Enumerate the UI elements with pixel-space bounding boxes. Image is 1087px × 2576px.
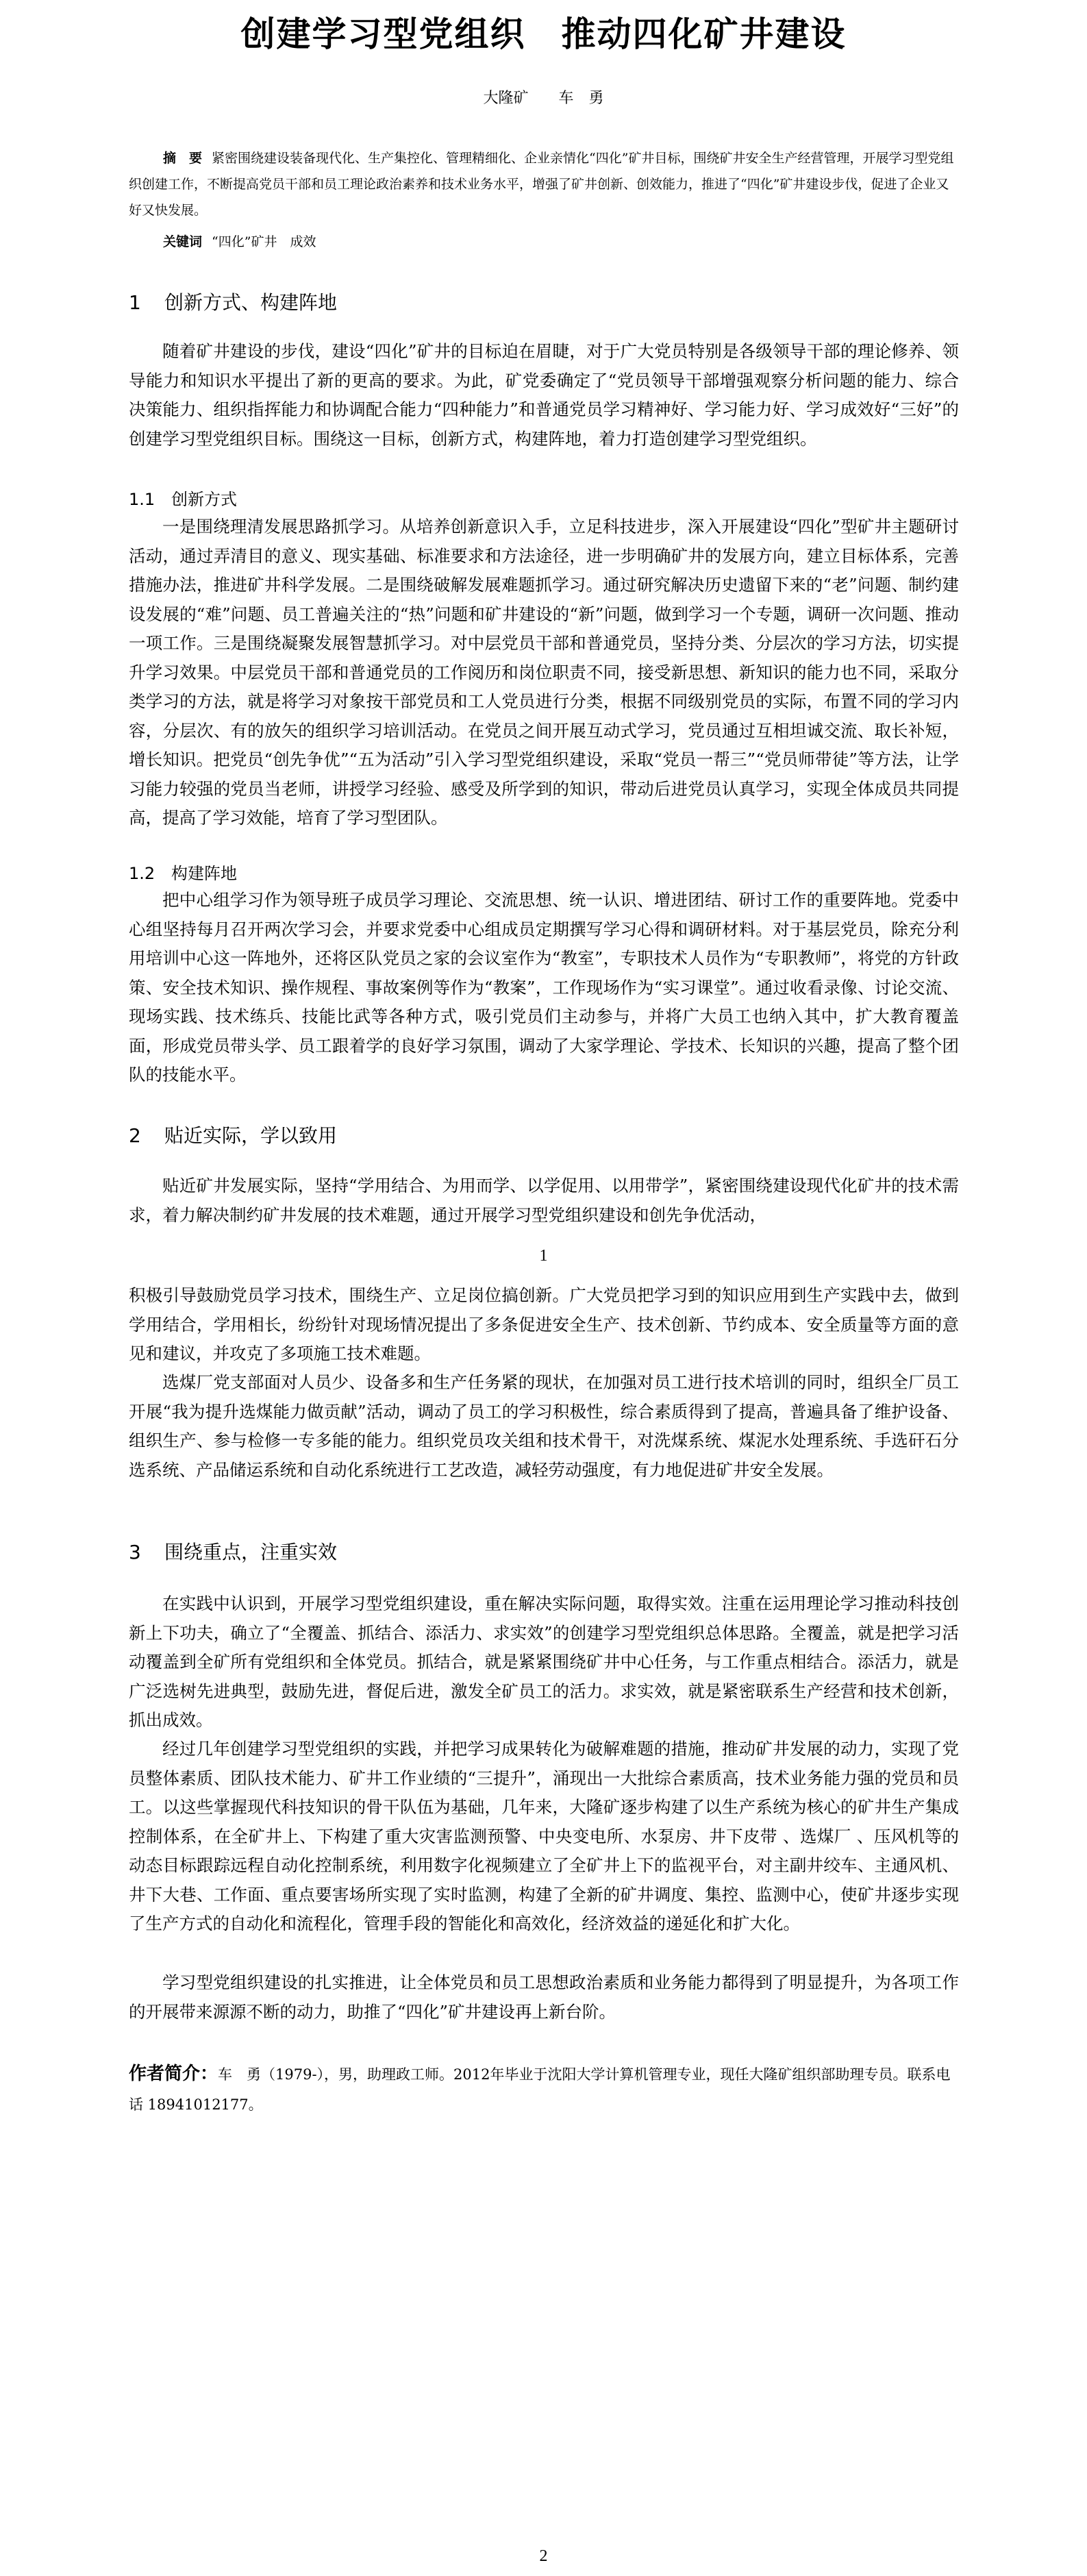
page-number-1: 1 [0, 1247, 1087, 1265]
author-bio: 作者简介：车 勇（1979-），男，助理政工师。2012年毕业于沈阳大学计算机管… [129, 2059, 959, 2120]
author-line: 大隆矿 车 勇 [0, 86, 1087, 108]
author-bio-label: 作者简介： [129, 2064, 218, 2084]
keywords-label: 关键词 [163, 234, 202, 249]
section-heading-2: 2贴近实际，学以致用 [129, 1121, 337, 1148]
abstract-text: 紧密围绕建设装备现代化、生产集控化、管理精细化、企业亲情化“四化”矿井目标，围绕… [129, 151, 953, 218]
section-heading-1: 1创新方式、构建阵地 [129, 288, 337, 315]
subsection-1-2-text: 把中心组学习作为领导班子成员学习理论、交流思想、统一认识、增进团结、研讨工作的重… [129, 886, 959, 1090]
section-3-paragraph-1: 在实践中认识到，开展学习型党组织建设，重在解决实际问题，取得实效。注重在运用理论… [129, 1589, 959, 1735]
section-2-paragraph-1b: 积极引导鼓励党员学习技术，围绕生产、立足岗位搞创新。广大党员把学习到的知识应用到… [129, 1281, 959, 1369]
subsection-heading-1-2: 1.2构建阵地 [129, 860, 237, 884]
subsection-1-1-text: 一是围绕理清发展思路抓学习。从培养创新意识入手，立足科技进步，深入开展建设“四化… [129, 512, 959, 833]
page-number-2: 2 [0, 2547, 1087, 2566]
section-2-paragraph-2: 选煤厂党支部面对人员少、设备多和生产任务紧的现状，在加强对员工进行技术培训的同时… [129, 1368, 959, 1485]
paper-title: 创建学习型党组织 推动四化矿井建设 [0, 7, 1087, 56]
abstract-label: 摘 要 [163, 151, 202, 166]
section-3-paragraph-3: 学习型党组织建设的扎实推进，让全体党员和员工思想政治素质和业务能力都得到了明显提… [129, 1968, 959, 2027]
abstract: 摘 要紧密围绕建设装备现代化、生产集控化、管理精细化、企业亲情化“四化”矿井目标… [129, 145, 959, 223]
keywords-text: “四化”矿井 成效 [212, 234, 316, 249]
keywords: 关键词“四化”矿井 成效 [163, 232, 316, 250]
section-heading-3: 3围绕重点，注重实效 [129, 1537, 337, 1565]
section-1-intro: 随着矿井建设的步伐，建设“四化”矿井的目标迫在眉睫，对于广大党员特别是各级领导干… [129, 337, 959, 454]
author-bio-text: 车 勇（1979-），男，助理政工师。2012年毕业于沈阳大学计算机管理专业，现… [129, 2066, 951, 2113]
section-2-paragraph-1a: 贴近矿井发展实际，坚持“学用结合、为用而学、以学促用、以用带学”，紧密围绕建设现… [129, 1172, 959, 1230]
section-3-paragraph-2: 经过几年创建学习型党组织的实践，并把学习成果转化为破解难题的措施，推动矿井发展的… [129, 1735, 959, 1939]
subsection-heading-1-1: 1.1创新方式 [129, 486, 237, 510]
